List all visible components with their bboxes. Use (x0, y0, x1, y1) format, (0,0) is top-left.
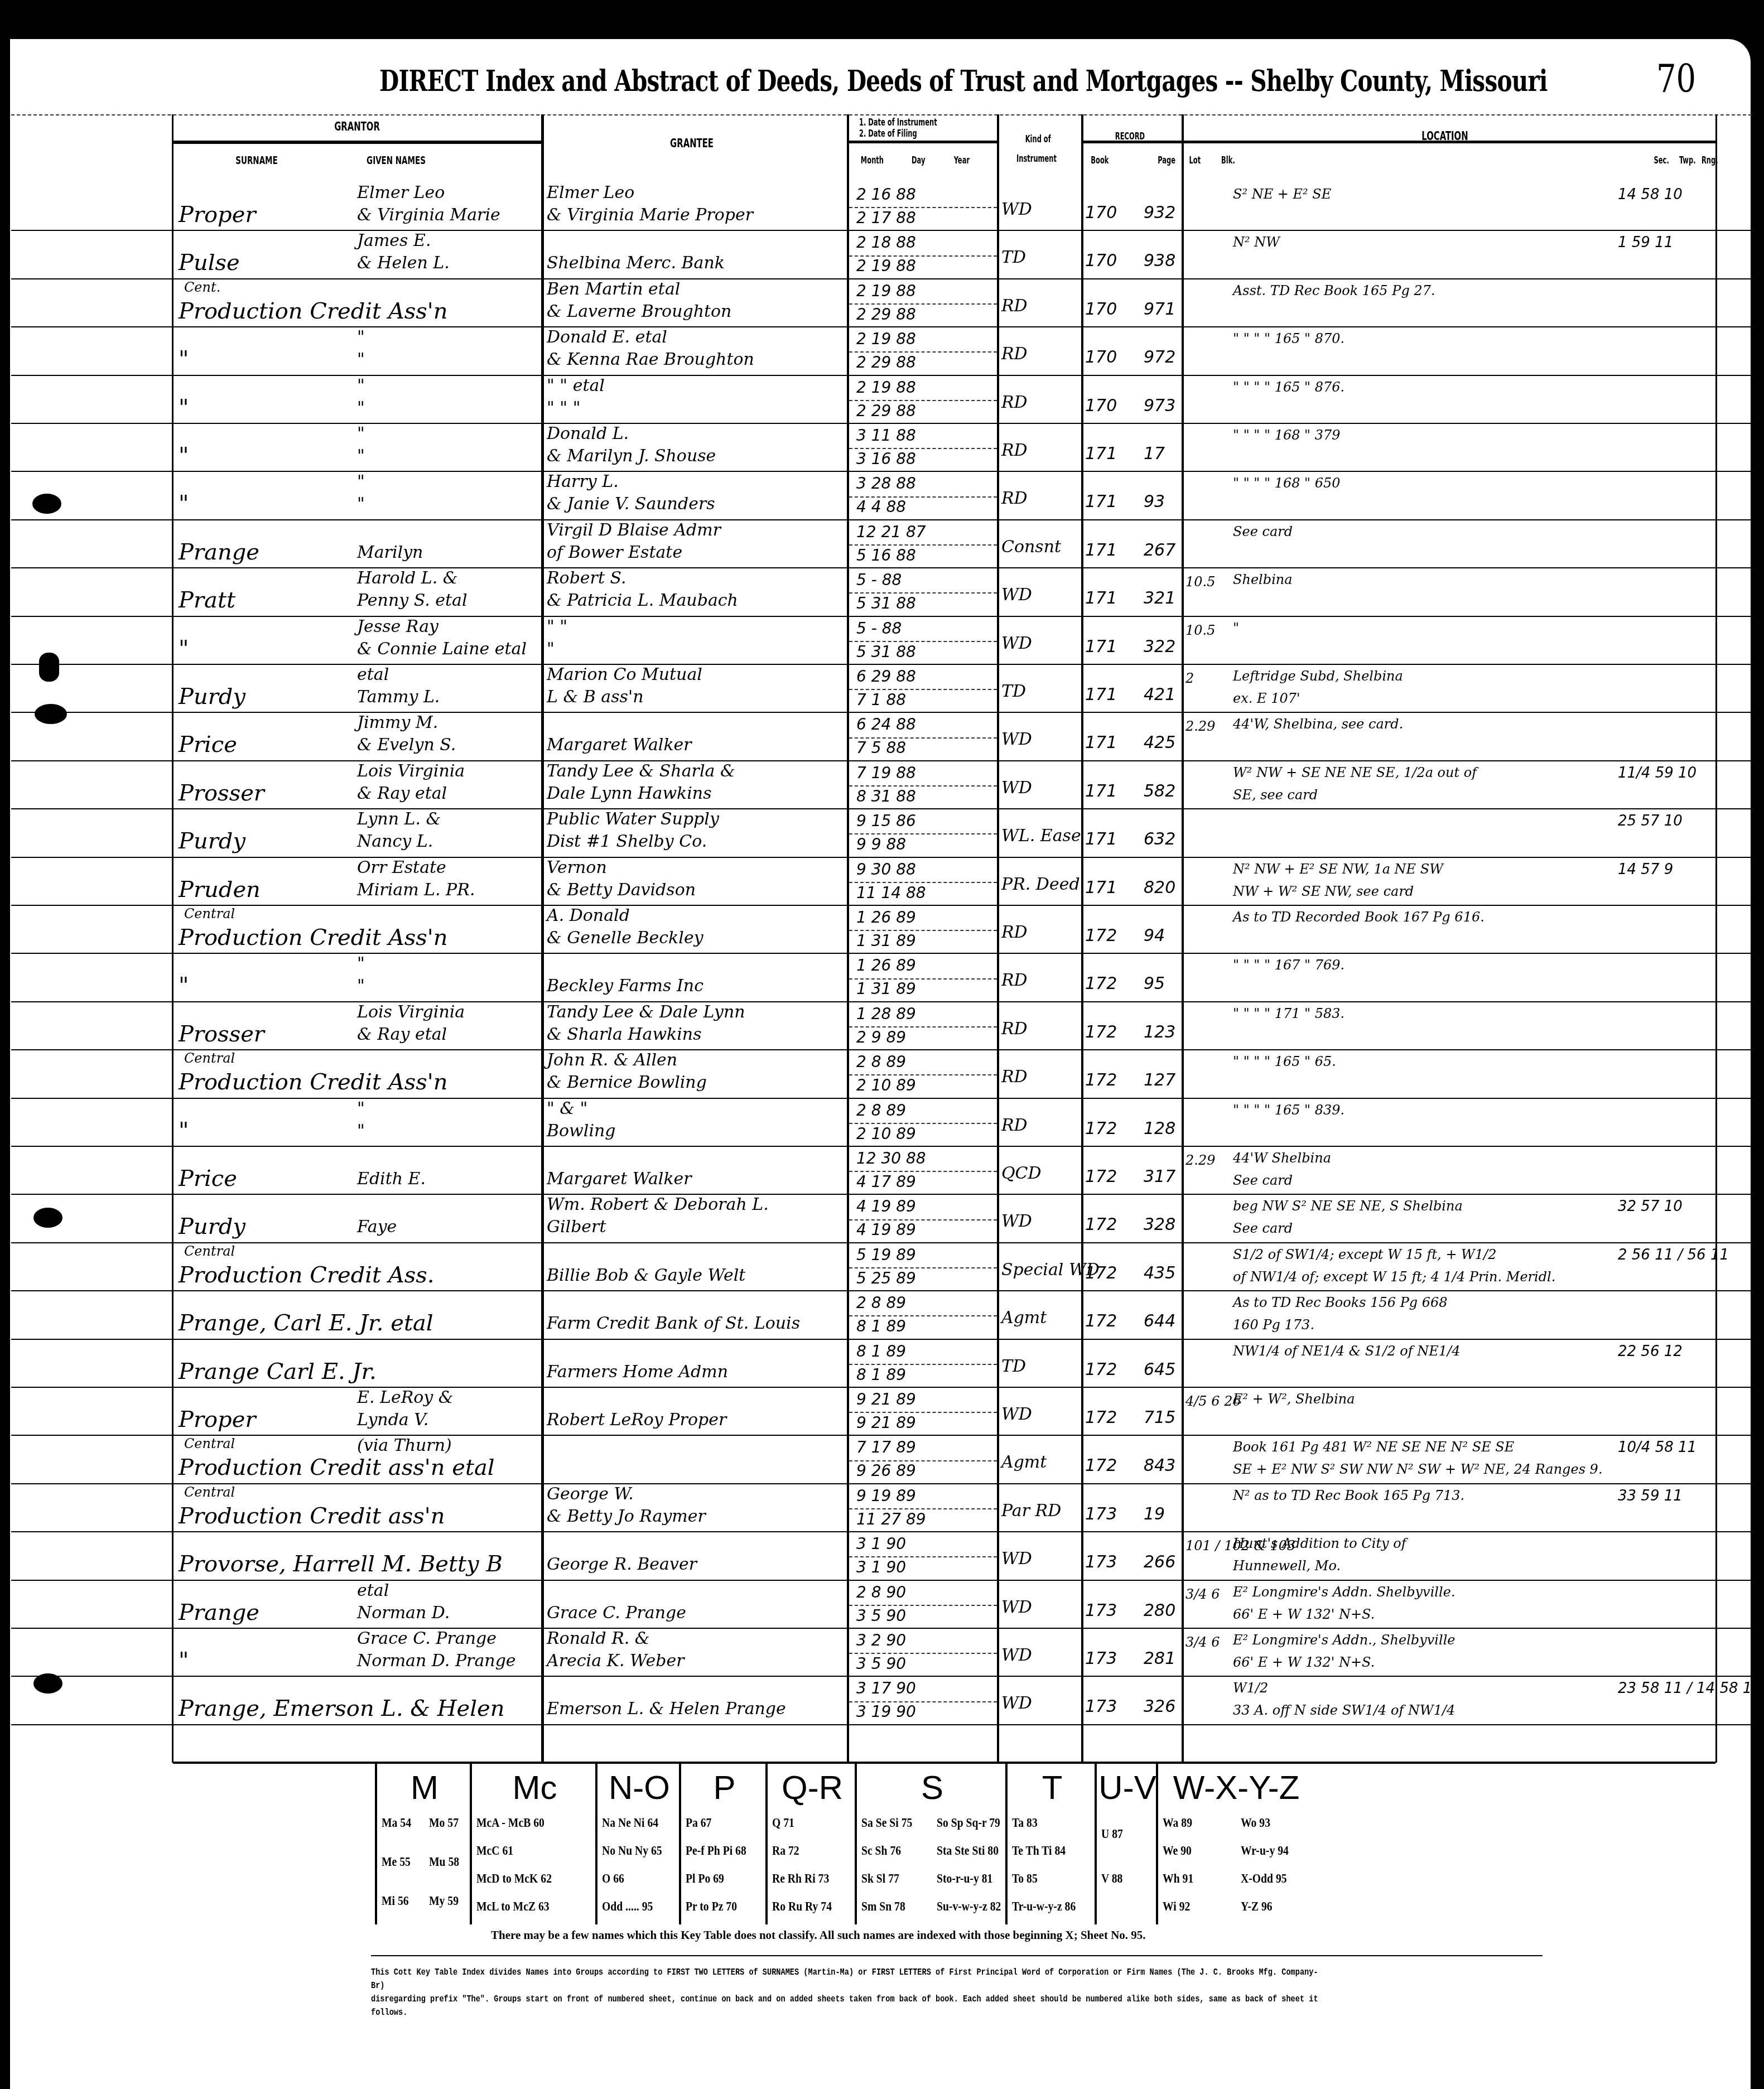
grantor-given-line2: " (357, 1121, 365, 1141)
record-book: 173 (1085, 1697, 1117, 1716)
kind-of-instrument: RD (1001, 1019, 1028, 1039)
date-of-instrument: 9 21 89 (856, 1390, 916, 1408)
key-entry: McC 61 (476, 1844, 513, 1859)
date-mid-divider (849, 1364, 997, 1365)
grantor-given-line1: etal (357, 665, 389, 684)
header-blk: Blk. (1221, 155, 1235, 166)
record-book: 171 (1085, 829, 1117, 849)
record-page: 973 (1144, 396, 1175, 416)
grantee-line2: & Marilyn J. Shouse (547, 446, 716, 466)
section-township-range: 2 56 11 / 56 11 (1618, 1247, 1729, 1263)
date-mid-divider (849, 641, 997, 642)
location-line2: 160 Pg 173. (1233, 1317, 1314, 1333)
grantor-given-line2: Nancy L. (357, 832, 433, 851)
location-line1: N² NW (1233, 234, 1280, 250)
header-given-names: GIVEN NAMES (354, 153, 438, 167)
grantor-given-line2: " (357, 350, 365, 369)
record-book: 173 (1085, 1504, 1117, 1524)
date-of-instrument: 3 2 90 (856, 1631, 906, 1649)
header-page: Page (1158, 155, 1175, 166)
key-group-heading: M (377, 1768, 472, 1807)
date-mid-divider (849, 496, 997, 498)
location-line1: " " " " 165 " 870. (1233, 331, 1344, 346)
grantor-given-line1: Lois Virginia (357, 761, 465, 781)
grantee-line1: Vernon (547, 858, 607, 877)
grantor-surname: Purdy (179, 1214, 245, 1239)
grantor-given-line1: " (357, 1099, 365, 1118)
kind-of-instrument: RD (1001, 1067, 1028, 1087)
grantor-surname: Pulse (179, 250, 240, 276)
table-row: PurdyFayeWm. Robert & Deborah L.Gilbert4… (0, 1195, 1764, 1243)
key-entry: Pe-f Ph Pi 68 (686, 1844, 746, 1859)
header-record: RECORD (1115, 131, 1145, 142)
header-sec: Sec. (1654, 155, 1669, 166)
table-row: Prange, Emerson L. & HelenEmerson L. & H… (0, 1677, 1764, 1725)
date-of-instrument: 2 8 89 (856, 1101, 906, 1120)
grantor-surname: Purdy (179, 828, 245, 854)
key-group-u-v: U-VU 87V 88 (1095, 1763, 1158, 1924)
record-page: 19 (1144, 1504, 1165, 1524)
key-entry: Sto-r-u-y 81 (937, 1871, 992, 1887)
record-page: 425 (1144, 733, 1175, 752)
key-entry: Pa 67 (686, 1816, 711, 1831)
location-line1: 44'W Shelbina (1233, 1150, 1331, 1166)
table-row: PurdyetalTammy L.Marion Co MutualL & B a… (0, 665, 1764, 713)
grantee-line2: & Betty Davidson (547, 880, 696, 900)
date-of-filing: 5 31 88 (856, 594, 916, 612)
record-book: 170 (1085, 300, 1117, 319)
key-group-heading: T (1008, 1768, 1097, 1807)
grantor-surname: Production Credit Ass'n (179, 298, 448, 324)
table-row: PriceJimmy M.& Evelyn S.Margaret Walker6… (0, 713, 1764, 761)
record-book: 170 (1085, 396, 1117, 416)
record-book: 172 (1085, 1456, 1117, 1475)
kind-of-instrument: PR. Deed (1001, 875, 1080, 894)
record-book: 172 (1085, 1408, 1117, 1427)
table-row: PrudenOrr EstateMiriam L. PR.Vernon& Bet… (0, 858, 1764, 906)
key-group-heading: N-O (597, 1768, 681, 1807)
key-entry: Wo 93 (1241, 1816, 1270, 1831)
location-line2: SE + E² NW S² SW NW N² SW + W² NE, 24 Ra… (1233, 1461, 1603, 1477)
grantor-surname: Production Credit ass'n etal (179, 1455, 495, 1480)
table-row: "Grace C. PrangeNorman D. PrangeRonald R… (0, 1629, 1764, 1677)
key-group-q-r: Q-RQ 71Ra 72Re Rh Ri 73Ro Ru Ry 74 (765, 1763, 857, 1924)
table-row: Prange Carl E. Jr.Farmers Home Admn8 1 8… (0, 1340, 1764, 1388)
record-book: 172 (1085, 1167, 1117, 1186)
location-line1: W² NW + SE NE NE SE, 1/2a out of (1233, 765, 1477, 780)
grantor-surname: Prosser (179, 780, 264, 806)
date-of-instrument: 8 1 89 (856, 1342, 906, 1360)
grantor-surname: Proper (179, 1407, 256, 1432)
key-group-heading: S (857, 1768, 1008, 1807)
date-of-filing: 5 25 89 (856, 1269, 916, 1287)
key-entry: McL to McZ 63 (476, 1899, 550, 1914)
location-line1: As to TD Recorded Book 167 Pg 616. (1233, 909, 1485, 925)
key-group-heading: W-X-Y-Z (1158, 1768, 1314, 1807)
date-mid-divider (849, 544, 997, 546)
key-entry: Sc Sh 76 (861, 1844, 901, 1859)
record-page: 317 (1144, 1167, 1175, 1186)
record-page: 281 (1144, 1649, 1175, 1668)
grantee-line2: Shelbina Merc. Bank (547, 253, 725, 273)
date-mid-divider (849, 592, 997, 594)
location-line2: of NW1/4 of; except W 15 ft; 4 1/4 Prin.… (1233, 1269, 1555, 1285)
location-line2: See card (1233, 1173, 1293, 1188)
date-of-instrument: 3 28 88 (856, 474, 916, 493)
kind-of-instrument: RD (1001, 489, 1028, 508)
key-entry: Y-Z 96 (1241, 1899, 1273, 1914)
key-group-heading: P (681, 1768, 768, 1807)
section-township-range: 1 59 11 (1618, 234, 1673, 251)
section-township-range: 33 59 11 (1618, 1488, 1683, 1504)
grantor-given-line2: & Evelyn S. (357, 735, 456, 755)
date-of-instrument: 2 19 88 (856, 378, 916, 397)
record-book: 171 (1085, 781, 1117, 801)
key-group-heading: Mc (472, 1768, 597, 1807)
record-book: 171 (1085, 637, 1117, 657)
location-line2: NW + W² SE NW, see card (1233, 884, 1414, 899)
key-entry: Q 71 (772, 1816, 794, 1831)
record-book: 171 (1085, 878, 1117, 898)
grantee-line1: " & " (547, 1099, 587, 1118)
grantor-given-line2: Lynda V. (357, 1410, 428, 1430)
grantee-line2: " (547, 639, 555, 659)
grantee-line2: Emerson L. & Helen Prange (547, 1699, 786, 1719)
date-of-filing: 4 17 89 (856, 1173, 916, 1191)
kind-of-instrument: Consnt (1001, 537, 1061, 557)
table-row: PrangeMarilynVirgil D Blaise Admrof Bowe… (0, 520, 1764, 568)
table-row: ProsserLois Virginia& Ray etalTandy Lee … (0, 761, 1764, 809)
kind-of-instrument: RD (1001, 344, 1028, 364)
surname-prefix: Central (184, 1436, 235, 1451)
date-of-filing: 3 5 90 (856, 1606, 906, 1625)
location-line2: SE, see card (1233, 787, 1318, 803)
grantor-given-line1: Elmer Leo (357, 183, 445, 202)
location-line1: See card (1233, 524, 1293, 539)
record-page: 715 (1144, 1408, 1175, 1427)
scan-border-top (0, 0, 1764, 39)
location-line1: S1/2 of SW1/4; except W 15 ft, + W1/2 (1233, 1247, 1496, 1262)
record-page: 127 (1144, 1070, 1175, 1090)
header-book: Book (1091, 155, 1108, 166)
key-entry: Te Th Ti 84 (1012, 1844, 1066, 1859)
key-entry: Ta 83 (1012, 1816, 1038, 1831)
table-top-rule (11, 114, 1752, 115)
date-mid-divider (849, 1267, 997, 1268)
record-book: 171 (1085, 733, 1117, 752)
record-book: 171 (1085, 685, 1117, 705)
record-page: 644 (1144, 1311, 1175, 1331)
date-mid-divider (849, 1412, 997, 1413)
grantor-given-line2: & Ray etal (357, 784, 447, 803)
grantor-given-line2: & Connie Laine etal (357, 639, 527, 659)
grantee-line2: Billie Bob & Gayle Welt (547, 1266, 745, 1285)
record-page: 321 (1144, 588, 1175, 608)
date-of-instrument: 12 30 88 (856, 1149, 926, 1167)
footer-line-2: disregarding prefix "The". Groups start … (371, 1993, 1331, 2020)
record-book: 173 (1085, 1601, 1117, 1620)
key-entry: Me 55 (382, 1855, 411, 1870)
grantee-line1: Ronald R. & (547, 1629, 650, 1648)
key-entry: X-Odd 95 (1241, 1871, 1287, 1887)
date-mid-divider (849, 689, 997, 690)
kind-of-instrument: TD (1001, 248, 1026, 267)
date-of-instrument: 7 19 88 (856, 764, 916, 782)
row-divider (11, 1724, 1752, 1725)
grantee-line2: of Bower Estate (547, 543, 682, 562)
date-mid-divider (849, 1315, 997, 1316)
date-mid-divider (849, 785, 997, 787)
record-page: 17 (1144, 444, 1165, 464)
header-rule (1082, 141, 1715, 143)
record-page: 938 (1144, 251, 1175, 271)
date-of-instrument: 5 - 88 (856, 571, 902, 589)
key-entry: Pl Po 69 (686, 1871, 724, 1887)
kind-of-instrument: WD (1001, 1694, 1032, 1713)
date-mid-divider (849, 882, 997, 883)
kind-of-instrument: RD (1001, 923, 1028, 942)
date-of-instrument: 7 17 89 (856, 1438, 916, 1456)
date-mid-divider (849, 978, 997, 980)
kind-of-instrument: RD (1001, 296, 1028, 316)
grantee-line1: Ben Martin etal (547, 279, 680, 299)
grantee-line2: & Genelle Beckley (547, 928, 703, 948)
record-page: 280 (1144, 1601, 1175, 1620)
date-of-instrument: 12 21 87 (856, 523, 926, 541)
date-mid-divider (849, 930, 997, 931)
date-of-instrument: 2 19 88 (856, 282, 916, 300)
key-entry: Na Ne Ni 64 (602, 1816, 658, 1831)
record-book: 173 (1085, 1552, 1117, 1572)
date-mid-divider (849, 400, 997, 401)
kind-of-instrument: RD (1001, 393, 1028, 412)
section-township-range: 14 58 10 (1618, 186, 1683, 203)
grantor-given-line1: " (357, 424, 365, 443)
header-grantee: GRANTEE (654, 137, 730, 151)
location-line1: " " " " 165 " 876. (1233, 379, 1344, 395)
grantee-line1: Virgil D Blaise Admr (547, 520, 721, 540)
grantor-given-line2: " (357, 976, 365, 996)
date-of-filing: 7 1 88 (856, 691, 906, 709)
location-lot: 2.29 (1185, 718, 1215, 734)
table-row: PurdyLynn L. &Nancy L.Public Water Suppl… (0, 809, 1764, 857)
date-mid-divider (849, 1556, 997, 1557)
record-page: 94 (1144, 926, 1165, 945)
grantor-given-line2: " (357, 446, 365, 466)
record-page: 123 (1144, 1022, 1175, 1042)
section-township-range: 25 57 10 (1618, 813, 1683, 829)
record-book: 172 (1085, 1070, 1117, 1090)
grantor-surname: " (179, 346, 189, 372)
grantor-given-line1: Jesse Ray (357, 617, 438, 636)
date-of-filing: 2 19 88 (856, 257, 916, 275)
grantor-given-line2: & Helen L. (357, 253, 450, 273)
grantee-line1: A. Donald (547, 906, 630, 925)
grantor-surname: Pratt (179, 587, 235, 613)
grantee-line1: Wm. Robert & Deborah L. (547, 1195, 769, 1214)
table-row: """Donald L.& Marilyn J. Shouse3 11 883 … (0, 424, 1764, 472)
surname-prefix: Central (184, 1050, 235, 1066)
record-page: 128 (1144, 1119, 1175, 1138)
kind-of-instrument: RD (1001, 1116, 1028, 1135)
kind-of-instrument: WD (1001, 200, 1032, 219)
location-line1: S² NE + E² SE (1233, 186, 1331, 202)
grantor-surname: Pruden (179, 877, 261, 903)
key-group-heading: U-V (1097, 1768, 1158, 1807)
table-row: CentralProduction Credit Ass'nJohn R. & … (0, 1050, 1764, 1098)
location-line1: " " " " 165 " 839. (1233, 1102, 1344, 1118)
key-entry: Re Rh Ri 73 (772, 1871, 829, 1887)
record-book: 170 (1085, 251, 1117, 271)
key-entry: Wi 92 (1163, 1899, 1190, 1914)
section-township-range: 23 58 11 / 14 58 11 (1618, 1680, 1761, 1697)
record-book: 170 (1085, 203, 1117, 223)
record-page: 820 (1144, 878, 1175, 898)
date-of-filing: 9 21 89 (856, 1413, 916, 1432)
date-mid-divider (849, 207, 997, 208)
record-page: 421 (1144, 685, 1175, 705)
date-mid-divider (849, 1701, 997, 1702)
date-of-instrument: 6 24 88 (856, 715, 916, 734)
record-page: 972 (1144, 348, 1175, 367)
date-of-instrument: 2 16 88 (856, 185, 916, 204)
header-grantor: GRANTOR (307, 120, 407, 134)
record-page: 582 (1144, 781, 1175, 801)
table-row: CentralProduction Credit Ass'nA. Donald&… (0, 906, 1764, 954)
grantee-line1: Harry L. (547, 472, 619, 491)
location-line1: beg NW S² NE SE NE, S Shelbina (1233, 1198, 1463, 1214)
kind-of-instrument: WD (1001, 585, 1032, 605)
location-line1: " " " " 171 " 583. (1233, 1006, 1344, 1021)
date-mid-divider (849, 255, 997, 257)
table-row: CentralProduction Credit ass'nGeorge W.&… (0, 1484, 1764, 1532)
record-book: 172 (1085, 1311, 1117, 1331)
location-line1: N² NW + E² SE NW, 1a NE SW (1233, 861, 1443, 877)
kind-of-instrument: WD (1001, 1212, 1032, 1231)
grantor-surname: Proper (179, 202, 256, 228)
date-of-filing: 7 5 88 (856, 739, 906, 757)
grantee-line2: Margaret Walker (547, 1169, 692, 1189)
kind-of-instrument: Agmt (1001, 1308, 1047, 1328)
location-line1: As to TD Rec Books 156 Pg 668 (1233, 1295, 1448, 1310)
grantor-given-line1: " (357, 376, 365, 395)
footer-line-1: This Cott Key Table Index divides Names … (371, 1966, 1331, 1993)
grantee-line2: Margaret Walker (547, 735, 692, 755)
header-date-line1: 1. Date of Instrument (859, 117, 937, 128)
grantor-given-line1: (via Thurn) (357, 1436, 452, 1455)
date-mid-divider (849, 1171, 997, 1172)
grantor-surname: Production Credit ass'n (179, 1503, 445, 1529)
grantor-surname: Provorse, Harrell M. Betty B (179, 1551, 503, 1577)
date-of-instrument: 5 - 88 (856, 619, 902, 638)
date-of-instrument: 1 28 89 (856, 1005, 916, 1023)
key-entry: So Sp Sq-r 79 (937, 1816, 1000, 1831)
date-of-filing: 2 29 88 (856, 402, 916, 420)
table-row: PrangeetalNorman D.Grace C. Prange2 8 90… (0, 1581, 1764, 1629)
grantee-line2: Farmers Home Admn (547, 1362, 728, 1382)
grantor-given-line2: Marilyn (357, 543, 423, 562)
record-page: 93 (1144, 492, 1165, 512)
key-entry: McA - McB 60 (476, 1816, 544, 1831)
grantor-given-line1: Orr Estate (357, 858, 446, 877)
date-mid-divider (849, 1653, 997, 1654)
record-page: 435 (1144, 1263, 1175, 1283)
date-mid-divider (849, 737, 997, 739)
surname-prefix: Central (184, 1243, 235, 1259)
kind-of-instrument: RD (1001, 971, 1028, 990)
key-group-n-o: N-ONa Ne Ni 64No Nu Ny 65O 66Odd ..... 9… (595, 1763, 681, 1924)
date-of-filing: 3 16 88 (856, 450, 916, 468)
location-line2: 33 A. off N side SW1/4 of NW1/4 (1233, 1702, 1455, 1718)
date-of-filing: 11 27 89 (856, 1510, 926, 1528)
date-of-instrument: 1 26 89 (856, 956, 916, 974)
location-line1: " " " " 167 " 769. (1233, 957, 1344, 973)
date-of-instrument: 2 18 88 (856, 233, 916, 252)
date-of-instrument: 1 26 89 (856, 908, 916, 927)
table-row: PulseJames E.& Helen L.Shelbina Merc. Ba… (0, 231, 1764, 279)
record-book: 170 (1085, 348, 1117, 367)
record-book: 171 (1085, 541, 1117, 560)
grantor-given-line1: " (357, 954, 365, 973)
table-row: Prange, Carl E. Jr. etalFarm Credit Bank… (0, 1291, 1764, 1339)
grantee-line2: Farm Credit Bank of St. Louis (547, 1314, 800, 1333)
grantee-line1: George W. (547, 1484, 634, 1504)
grantor-surname: " (179, 1648, 189, 1673)
date-of-instrument: 4 19 89 (856, 1197, 916, 1215)
grantor-given-line2: Faye (357, 1217, 397, 1237)
grantor-given-line2: Edith E. (357, 1169, 426, 1189)
record-page: 95 (1144, 974, 1165, 993)
location-line1: Shelbina (1233, 572, 1293, 587)
kind-of-instrument: WD (1001, 634, 1032, 653)
location-line1: NW1/4 of NE1/4 & S1/2 of NE1/4 (1233, 1343, 1460, 1359)
location-line1: " " " " 168 " 650 (1233, 475, 1341, 491)
date-of-filing: 4 4 88 (856, 498, 906, 516)
location-line1: E² Longmire's Addn. Shelbyville. (1233, 1584, 1455, 1600)
section-township-range: 32 57 10 (1618, 1198, 1683, 1215)
key-bottom-rule (371, 1955, 1543, 1956)
grantor-given-line2: " (357, 494, 365, 514)
table-row: """" & "Bowling2 8 892 10 89RD172128" " … (0, 1099, 1764, 1147)
grantor-given-line1: Lois Virginia (357, 1002, 465, 1022)
location-line1: Book 161 Pg 481 W² NE SE NE N² SE SE (1233, 1439, 1514, 1455)
grantor-surname: Prange (179, 1600, 259, 1625)
date-of-filing: 3 5 90 (856, 1654, 906, 1673)
grantor-given-line1: Grace C. Prange (357, 1629, 497, 1648)
kind-of-instrument: WD (1001, 1646, 1032, 1665)
location-lot: 2 (1185, 670, 1194, 686)
table-row: "Jesse Ray& Connie Laine etal" ""5 - 885… (0, 617, 1764, 665)
grantee-line2: & Sharla Hawkins (547, 1025, 702, 1044)
grantor-surname: Prange Carl E. Jr. (179, 1359, 377, 1384)
table-row: """" " etal" " "2 19 882 29 88RD170973" … (0, 376, 1764, 424)
grantor-surname: Purdy (179, 684, 245, 710)
grantee-line2: Grace C. Prange (547, 1603, 686, 1623)
grantee-line1: Donald L. (547, 424, 629, 443)
date-mid-divider (849, 1026, 997, 1027)
grantor-given-line1: " (357, 327, 365, 347)
table-row: PrattHarold L. &Penny S. etalRobert S.& … (0, 568, 1764, 616)
date-mid-divider (849, 833, 997, 834)
key-group-w-x-y-z: W-X-Y-ZWa 89We 90Wh 91Wi 92Wo 93Wr-u-y 9… (1156, 1763, 1314, 1924)
record-book: 172 (1085, 974, 1117, 993)
date-mid-divider (849, 1460, 997, 1461)
date-mid-divider (849, 1605, 997, 1606)
key-group-heading: Q-R (768, 1768, 857, 1807)
grantee-line1: Donald E. etal (547, 327, 667, 347)
date-of-instrument: 2 8 89 (856, 1053, 906, 1071)
header-rng: Rng. (1702, 155, 1718, 166)
